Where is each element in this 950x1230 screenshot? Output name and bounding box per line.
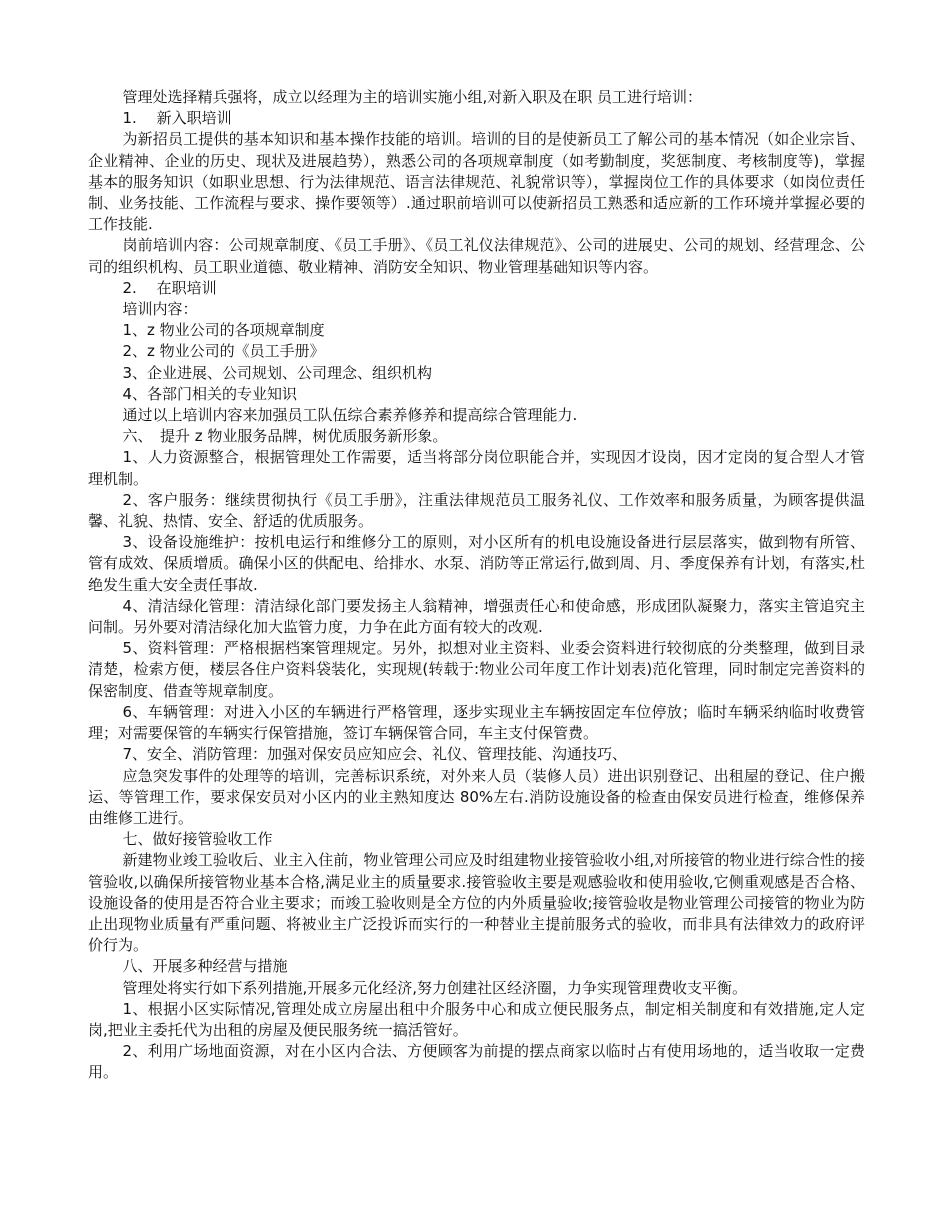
paragraph: 1、z 物业公司的各项规章制度 [88,320,865,341]
paragraph: 应急突发事件的处理等的培训，完善标识系统，对外来人员（装修人员）进出识别登记、出… [88,766,865,830]
paragraph: 为新招员工提供的基本知识和基本操作技能的培训。培训的目的是使新员工了解公司的基本… [88,129,865,235]
paragraph: 新建物业竣工验收后、业主入住前，物业管理公司应及时组建物业接管验收小组,对所接管… [88,850,865,956]
paragraph: 5、资料管理：严格根据档案管理规定。另外，拟想对业主资料、业委会资料进行较彻底的… [88,638,865,702]
paragraph: 2. 在职培训 [88,278,865,299]
paragraph: 1、根据小区实际情况,管理处成立房屋出租中介服务中心和成立便民服务点，制定相关制… [88,999,865,1041]
paragraph: 七、做好接管验收工作 [88,829,865,850]
document-page: 管理处选择精兵强将，成立以经理为主的培训实施小组,对新入职及在职 员工进行培训：… [0,0,950,1230]
paragraph: 管理处选择精兵强将，成立以经理为主的培训实施小组,对新入职及在职 员工进行培训： [88,87,865,108]
paragraph: 3、设备设施维护：按机电运行和维修分工的原则，对小区所有的机电设施设备进行层层落… [88,532,865,596]
paragraph: 1、人力资源整合，根据管理处工作需要，适当将部分岗位职能合并，实现因才设岗，因才… [88,447,865,489]
paragraph: 2、客户服务：继续贯彻执行《员工手册》，注重法律规范员工服务礼仪、工作效率和服务… [88,490,865,532]
paragraph: 3、企业进展、公司规划、公司理念、组织机构 [88,363,865,384]
paragraph: 培训内容： [88,299,865,320]
paragraph: 7、安全、消防管理：加强对保安员应知应会、礼仪、管理技能、沟通技巧、 [88,744,865,765]
paragraph: 2、利用广场地面资源，对在小区内合法、方便顾客为前提的摆点商家以临时占有使用场地… [88,1041,865,1083]
paragraph: 管理处将实行如下系列措施,开展多元化经济,努力创建社区经济圈，力争实现管理费收支… [88,978,865,999]
paragraph: 1. 新入职培训 [88,108,865,129]
paragraph: 2、z 物业公司的《员工手册》 [88,341,865,362]
paragraph: 岗前培训内容：公司规章制度、《员工手册》、《员工礼仪法律规范》、公司的进展史、公… [88,235,865,277]
paragraph: 6、车辆管理：对进入小区的车辆进行严格管理，逐步实现业主车辆按固定车位停放；临时… [88,702,865,744]
paragraph: 八、开展多种经营与措施 [88,956,865,977]
paragraph: 4、清洁绿化管理：清洁绿化部门要发扬主人翁精神，增强责任心和使命感，形成团队凝聚… [88,596,865,638]
paragraph: 通过以上培训内容来加强员工队伍综合素养修养和提高综合管理能力. [88,405,865,426]
paragraph: 六、 提升 z 物业服务品牌，树优质服务新形象。 [88,426,865,447]
paragraph: 4、各部门相关的专业知识 [88,384,865,405]
document-body: 管理处选择精兵强将，成立以经理为主的培训实施小组,对新入职及在职 员工进行培训：… [88,87,865,1084]
